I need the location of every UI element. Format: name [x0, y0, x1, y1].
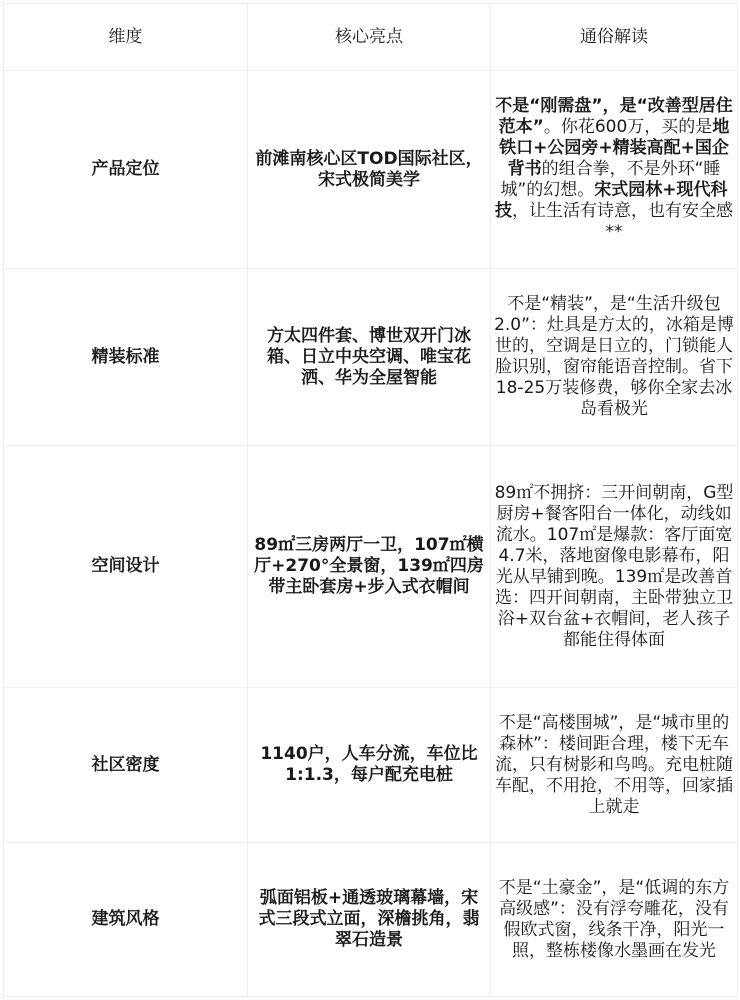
explanation-cell: 不是“精装”，是“生活升级包2.0”：灶具是方太的，冰箱是博世的，空调是日立的，…: [491, 269, 738, 446]
explanation-text: 。你花600万，买的是: [544, 117, 712, 137]
dimension-cell: 产品定位: [4, 71, 248, 269]
table-row: 社区密度 1140户，人车分流，车位比1:1.3，每户配充电桩 不是“高楼围城”…: [4, 688, 738, 843]
highlight-cell: 89㎡三房两厅一卫，107㎡横厅+270°全景窗，139㎡四房带主卧套房+步入式…: [248, 446, 491, 688]
header-row: 维度 核心亮点 通俗解读: [4, 4, 738, 71]
header-explanation: 通俗解读: [491, 4, 738, 71]
dimension-cell: 空间设计: [4, 446, 248, 688]
header-dimension: 维度: [4, 4, 248, 71]
table-row: 产品定位 前滩南核心区TOD国际社区，宋式极简美学 不是“刚需盘”，是“改善型居…: [4, 71, 738, 269]
explanation-cell: 89㎡不拥挤：三开间朝南，G型厨房+餐客阳台一体化，动线如流水。107㎡是爆款：…: [491, 446, 738, 688]
highlight-cell: 方太四件套、博世双开门冰箱、日立中央空调、唯宝花洒、华为全屋智能: [248, 269, 491, 446]
table-row: 空间设计 89㎡三房两厅一卫，107㎡横厅+270°全景窗，139㎡四房带主卧套…: [4, 446, 738, 688]
table-row: 精装标准 方太四件套、博世双开门冰箱、日立中央空调、唯宝花洒、华为全屋智能 不是…: [4, 269, 738, 446]
highlight-cell: 1140户，人车分流，车位比1:1.3，每户配充电桩: [248, 688, 491, 843]
explanation-cell: 不是“土豪金”，是“低调的东方高级感”：没有浮夸雕花，没有假欧式窗，线条干净，阳…: [491, 843, 738, 997]
explanation-text: ，让生活有诗意，也有安全感**: [512, 201, 733, 242]
comparison-table: 维度 核心亮点 通俗解读 产品定位 前滩南核心区TOD国际社区，宋式极简美学 不…: [3, 3, 738, 997]
highlight-cell: 弧面铝板+通透玻璃幕墙，宋式三段式立面，深檐挑角，翡翠石造景: [248, 843, 491, 997]
table-row: 建筑风格 弧面铝板+通透玻璃幕墙，宋式三段式立面，深檐挑角，翡翠石造景 不是“土…: [4, 843, 738, 997]
explanation-cell: 不是“刚需盘”，是“改善型居住范本”。你花600万，买的是地铁口+公园旁+精装高…: [491, 71, 738, 269]
dimension-cell: 精装标准: [4, 269, 248, 446]
header-highlight: 核心亮点: [248, 4, 491, 71]
explanation-cell: 不是“高楼围城”，是“城市里的森林”：楼间距合理，楼下无车流，只有树影和鸟鸣。充…: [491, 688, 738, 843]
dimension-cell: 建筑风格: [4, 843, 248, 997]
dimension-cell: 社区密度: [4, 688, 248, 843]
highlight-cell: 前滩南核心区TOD国际社区，宋式极简美学: [248, 71, 491, 269]
